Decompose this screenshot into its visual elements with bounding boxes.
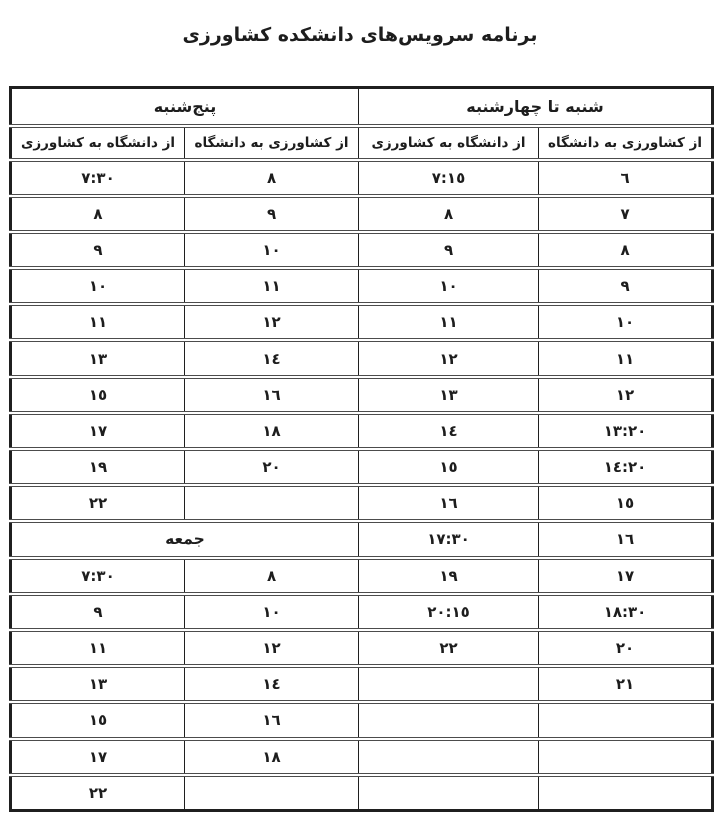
time-cell: ١٢ <box>185 630 359 666</box>
time-cell: ٢١ <box>539 666 713 702</box>
page-title: برنامه سرویس‌های دانشکده کشاورزی <box>0 24 720 46</box>
time-cell: ٩ <box>359 232 539 268</box>
time-cell: ٨ <box>185 558 359 594</box>
time-cell: ٨ <box>11 196 185 232</box>
table-row: ٨٩١٠٩ <box>11 232 713 268</box>
time-cell: ٩ <box>185 196 359 232</box>
time-cell: ١٠ <box>359 268 539 304</box>
time-cell: ٨ <box>539 232 713 268</box>
time-cell: ٨ <box>359 196 539 232</box>
table-row: ١٦١٧:٣٠جمعه <box>11 521 713 557</box>
table-row: ١٨١٧ <box>11 739 713 775</box>
time-cell: ١٢ <box>539 377 713 413</box>
time-cell <box>539 702 713 738</box>
time-cell <box>185 775 359 811</box>
time-cell: ٨ <box>185 160 359 196</box>
time-cell: ٢٢ <box>11 775 185 811</box>
time-cell: ١٧ <box>539 558 713 594</box>
time-cell: ٢٢ <box>359 630 539 666</box>
time-cell: ١٨ <box>185 413 359 449</box>
time-cell: ٧ <box>539 196 713 232</box>
time-cell: ٢٠ <box>185 449 359 485</box>
time-cell: ١١ <box>539 340 713 376</box>
time-cell: ١٦ <box>185 702 359 738</box>
time-cell: ١٤ <box>185 666 359 702</box>
table-row: ٢١١٤١٣ <box>11 666 713 702</box>
time-cell: ٢٠:١٥ <box>359 594 539 630</box>
table-row: ٦٧:١٥٨٧:٣٠ <box>11 160 713 196</box>
time-cell: ١٥ <box>11 377 185 413</box>
time-cell: ١٨:٣٠ <box>539 594 713 630</box>
time-cell: ٧:١٥ <box>359 160 539 196</box>
time-cell: ١١ <box>11 630 185 666</box>
schedule-page: برنامه سرویس‌های دانشکده کشاورزی شنبه تا… <box>0 0 720 824</box>
time-cell <box>539 739 713 775</box>
time-cell: ١٤:٢٠ <box>539 449 713 485</box>
schedule-table: شنبه تا چهارشنبه پنج‌شنبه از کشاورزی به … <box>9 86 714 812</box>
time-cell: ١٢ <box>185 304 359 340</box>
table-row: ١٢١٣١٦١٥ <box>11 377 713 413</box>
time-cell: ١٨ <box>185 739 359 775</box>
direction-header-thu-univ-to-agri: از دانشگاه به کشاورزی <box>11 126 185 160</box>
time-cell: ١٦ <box>539 521 713 557</box>
table-row: ٩١٠١١١٠ <box>11 268 713 304</box>
time-cell: ١١ <box>359 304 539 340</box>
table-row: ١٤:٢٠١٥٢٠١٩ <box>11 449 713 485</box>
time-cell: ١١ <box>185 268 359 304</box>
time-cell: ١٧ <box>11 413 185 449</box>
time-cell: ١٣ <box>359 377 539 413</box>
day-group-thursday: پنج‌شنبه <box>11 88 359 126</box>
table-row: ١٣:٢٠١٤١٨١٧ <box>11 413 713 449</box>
time-cell <box>185 485 359 521</box>
table-row: ٢٢ <box>11 775 713 811</box>
time-cell: ١٢ <box>359 340 539 376</box>
table-row: ١٨:٣٠٢٠:١٥١٠٩ <box>11 594 713 630</box>
time-cell: ١٦ <box>185 377 359 413</box>
time-cell: ١٥ <box>359 449 539 485</box>
time-cell: ١٩ <box>11 449 185 485</box>
schedule-body: ٦٧:١٥٨٧:٣٠٧٨٩٨٨٩١٠٩٩١٠١١١٠١٠١١١٢١١١١١٢١٤… <box>11 160 713 811</box>
time-cell <box>359 666 539 702</box>
time-cell: ١٣ <box>11 340 185 376</box>
table-row: ١١١٢١٤١٣ <box>11 340 713 376</box>
time-cell: ١١ <box>11 304 185 340</box>
time-cell: ١٥ <box>539 485 713 521</box>
direction-header-satwed-univ-to-agri: از دانشگاه به کشاورزی <box>359 126 539 160</box>
time-cell: ١٠ <box>185 594 359 630</box>
time-cell: ٩ <box>539 268 713 304</box>
table-row: ١٠١١١٢١١ <box>11 304 713 340</box>
day-group-row: شنبه تا چهارشنبه پنج‌شنبه <box>11 88 713 126</box>
time-cell <box>539 775 713 811</box>
time-cell: ١٧ <box>11 739 185 775</box>
time-cell: ١٦ <box>359 485 539 521</box>
table-row: ١٧١٩٨٧:٣٠ <box>11 558 713 594</box>
time-cell: ٧:٣٠ <box>11 558 185 594</box>
direction-header-satwed-agri-to-univ: از کشاورزی به دانشگاه <box>539 126 713 160</box>
table-row: ٢٠٢٢١٢١١ <box>11 630 713 666</box>
direction-header-row: از کشاورزی به دانشگاه از دانشگاه به کشاو… <box>11 126 713 160</box>
time-cell: ٢٠ <box>539 630 713 666</box>
time-cell: ٩ <box>11 594 185 630</box>
time-cell: ٩ <box>11 232 185 268</box>
time-cell: ١٠ <box>539 304 713 340</box>
time-cell: ٦ <box>539 160 713 196</box>
table-row: ١٦١٥ <box>11 702 713 738</box>
table-row: ١٥١٦٢٢ <box>11 485 713 521</box>
time-cell: ١٠ <box>11 268 185 304</box>
time-cell: ١٠ <box>185 232 359 268</box>
time-cell: ٢٢ <box>11 485 185 521</box>
time-cell <box>359 739 539 775</box>
time-cell <box>359 702 539 738</box>
time-cell: ١٤ <box>185 340 359 376</box>
time-cell: ١٣:٢٠ <box>539 413 713 449</box>
time-cell: ١٩ <box>359 558 539 594</box>
time-cell <box>359 775 539 811</box>
direction-header-thu-agri-to-univ: از کشاورزی به دانشگاه <box>185 126 359 160</box>
time-cell: ١٣ <box>11 666 185 702</box>
time-cell: ١٥ <box>11 702 185 738</box>
day-group-sat-to-wed: شنبه تا چهارشنبه <box>359 88 713 126</box>
friday-merged-cell: جمعه <box>11 521 359 557</box>
time-cell: ١٧:٣٠ <box>359 521 539 557</box>
time-cell: ١٤ <box>359 413 539 449</box>
time-cell: ٧:٣٠ <box>11 160 185 196</box>
table-row: ٧٨٩٨ <box>11 196 713 232</box>
